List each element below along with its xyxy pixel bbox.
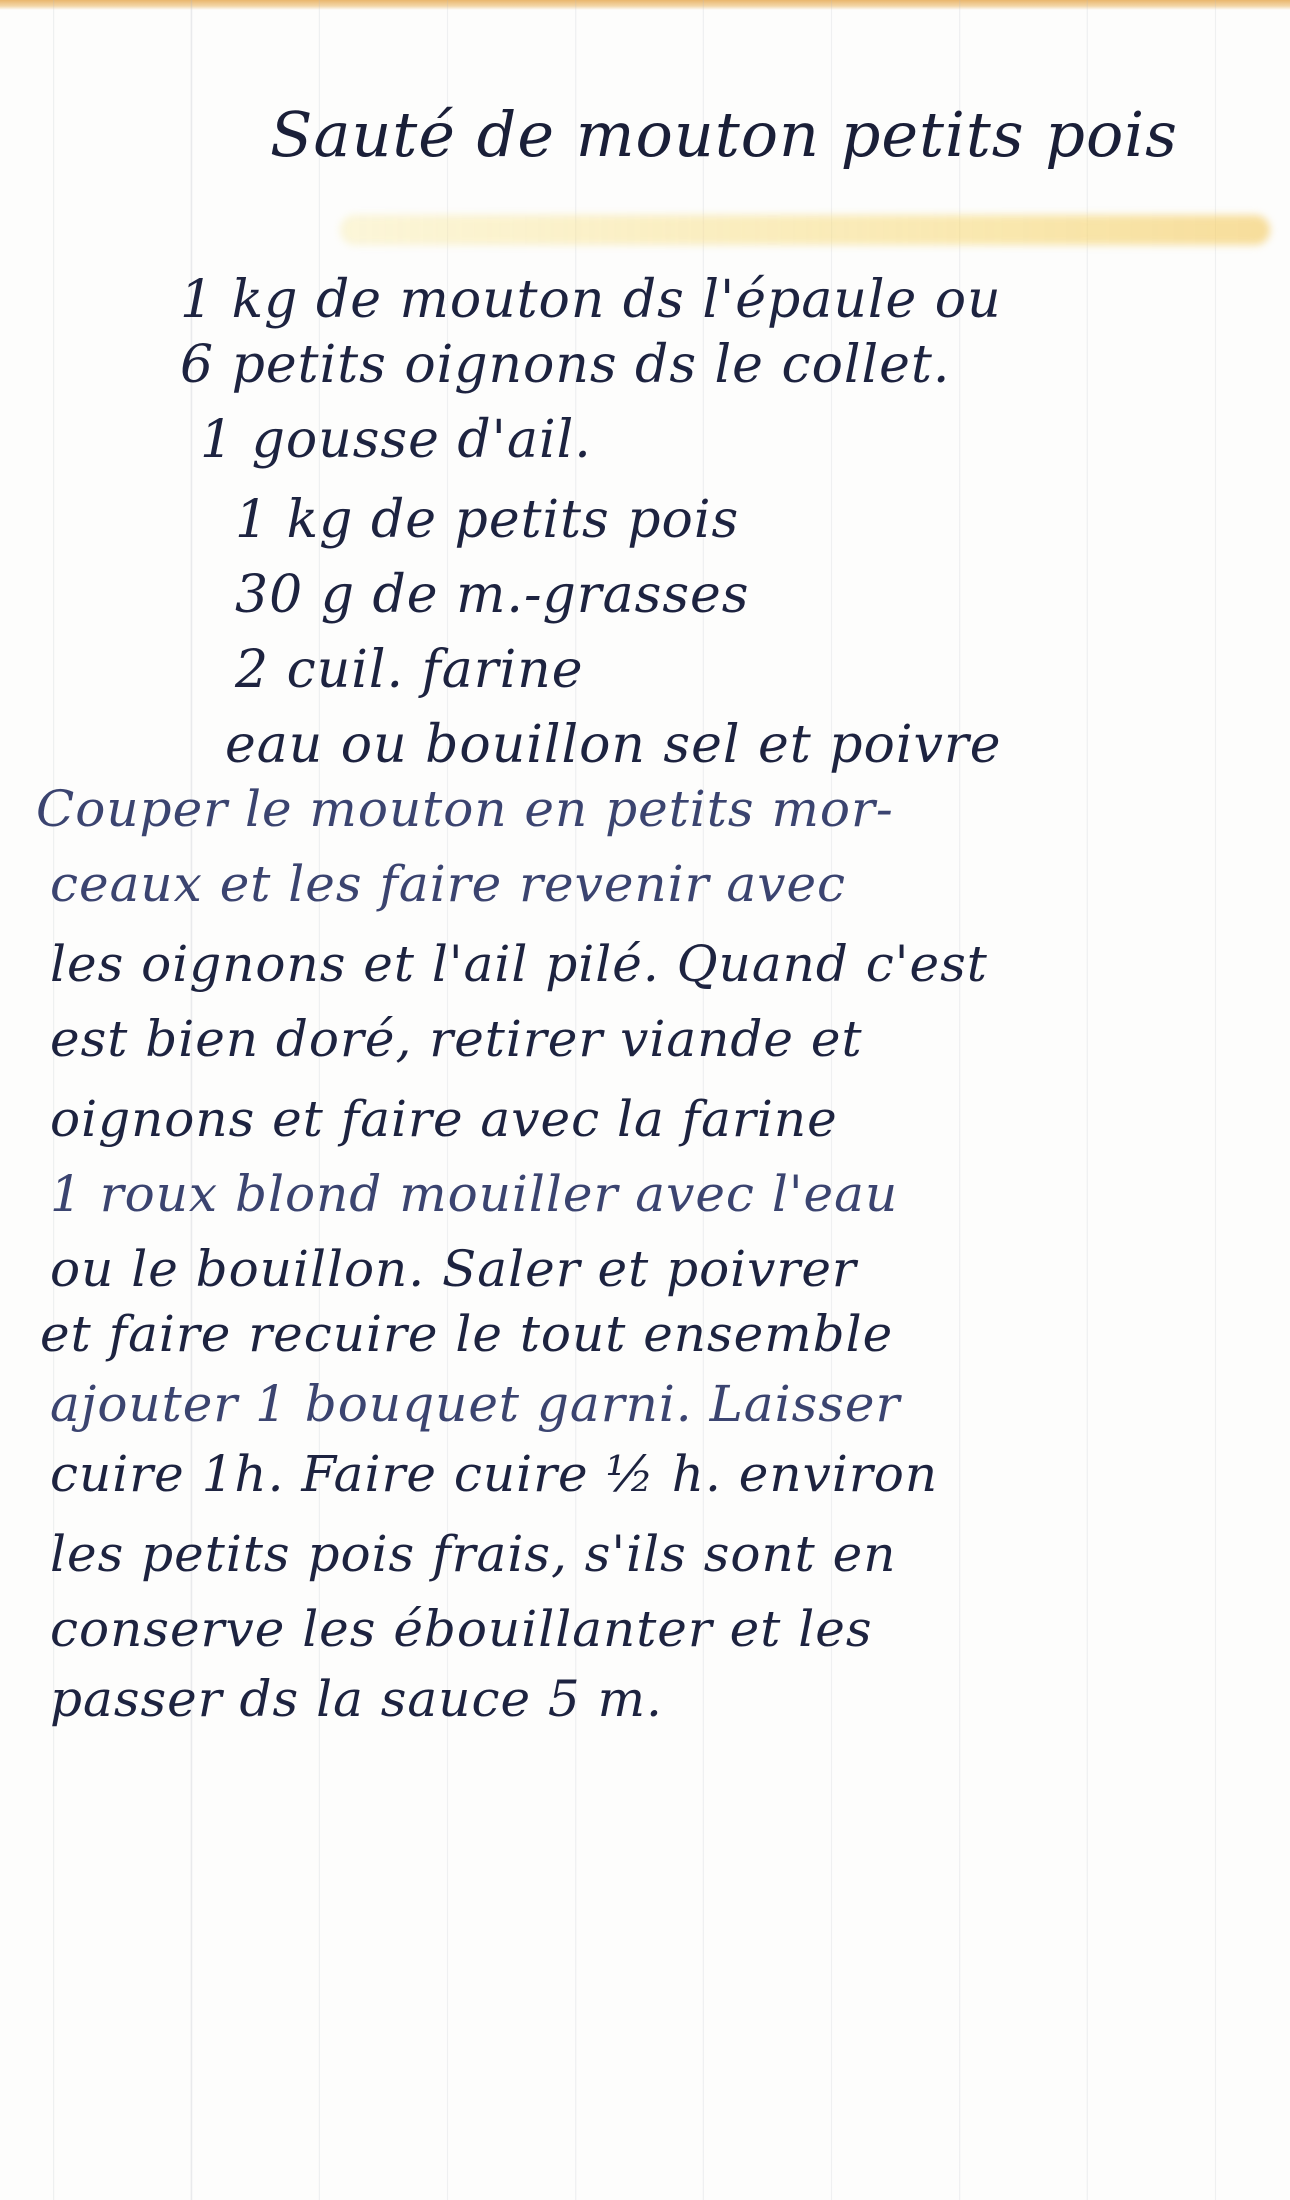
ingredient-item: 1 gousse d'ail. [200,410,592,470]
instruction-line: est bien doré, retirer viande et [50,1010,863,1068]
ingredient-item: eau ou bouillon sel et poivre [225,715,1001,775]
instruction-line: les oignons et l'ail pilé. Quand c'est [50,935,988,993]
ingredient-item: 30 g de m.-grasses [235,565,750,625]
instruction-line: et faire recuire le tout ensemble [40,1305,893,1363]
instruction-line: les petits pois frais, s'ils sont en [50,1525,896,1583]
instruction-line: ceaux et les faire revenir avec [50,855,846,913]
ingredient-item: 2 cuil. farine [235,640,584,700]
title-highlight-stain [340,215,1270,245]
recipe-title: Sauté de mouton petits pois [270,98,1178,171]
instruction-line: oignons et faire avec la farine [50,1090,838,1148]
ingredient-item: 6 petits oignons ds le collet. [180,335,950,395]
ingredient-item: 1 kg de mouton ds l'épaule ou [180,270,1002,330]
instruction-line: 1 roux blond mouiller avec l'eau [50,1165,898,1223]
instruction-line: Couper le mouton en petits mor- [36,780,894,838]
instruction-line: cuire 1h. Faire cuire ½ h. environ [50,1445,938,1503]
instruction-line: ou le bouillon. Saler et poivrer [50,1240,857,1298]
ingredient-item: 1 kg de petits pois [235,490,739,550]
instruction-line: conserve les ébouillanter et les [50,1600,873,1658]
instruction-line: passer ds la sauce 5 m. [50,1670,663,1728]
paper-stain [0,0,1290,10]
instruction-line: ajouter 1 bouquet garni. Laisser [50,1375,900,1433]
